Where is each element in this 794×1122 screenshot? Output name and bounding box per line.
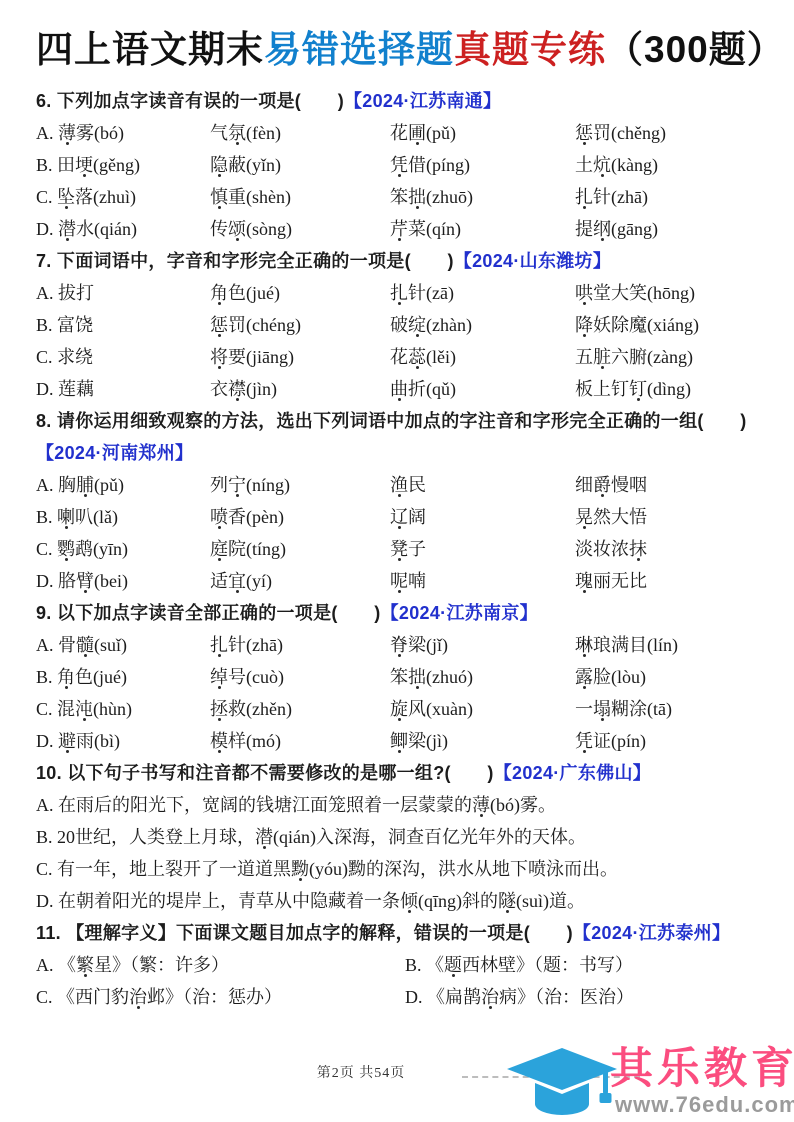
dotted-char: 倾 bbox=[400, 891, 418, 911]
option-cell: 花蕊(lěi) bbox=[390, 341, 575, 373]
footer-page-number: 第2页 共54页 bbox=[286, 1062, 436, 1082]
option-line: C. 有一年，地上裂开了一道道黑黝(yóu)黝的深沟，洪水从地下喷泳而出。 bbox=[36, 853, 758, 885]
option-row: D. 潜水(qián)传颂(sòng)芹菜(qín)提纲(gāng) bbox=[36, 213, 758, 245]
option-cell: 细爵慢咽 bbox=[575, 469, 758, 501]
question-block: 11. 【理解字义】下面课文题目加点字的解释，错误的一项是( )【2024·江苏… bbox=[36, 917, 758, 1013]
option-row: A. 《繁星》（繁：许多）B. 《题西林壁》（题：书写） bbox=[36, 949, 758, 981]
title-segment: 四上语文期末 bbox=[36, 29, 264, 70]
option-cell: 凳子 bbox=[390, 533, 575, 565]
option-cell: 花圃(pǔ) bbox=[390, 117, 575, 149]
dotted-char: 绽 bbox=[408, 315, 426, 335]
dotted-char: 降 bbox=[575, 315, 593, 335]
dotted-char: 绰 bbox=[210, 667, 228, 687]
question-source: 【2024·河南郑州】 bbox=[36, 443, 193, 463]
option-cell: 脊梁(jǐ) bbox=[390, 629, 575, 661]
dotted-char: 呢 bbox=[390, 571, 408, 591]
title-segment: （300题） bbox=[606, 29, 785, 70]
option-cell: A. 骨髓(suǐ) bbox=[36, 629, 210, 661]
dotted-char: 髓 bbox=[76, 635, 94, 655]
dotted-char: 宜 bbox=[228, 571, 246, 591]
option-cell: B. 喇叭(lǎ) bbox=[36, 501, 210, 533]
option-row: C. 《西门豹治邺》（治：惩办）D. 《扁鹊治病》（治：医治） bbox=[36, 981, 758, 1013]
question-stem: 10. 以下句子书写和注音都不需要修改的是哪一组?( ) bbox=[36, 763, 494, 783]
option-cell: 传颂(sòng) bbox=[210, 213, 390, 245]
option-cell: 哄堂大笑(hōng) bbox=[575, 277, 758, 309]
question-heading: 6. 下列加点字读音有误的一项是( )【2024·江苏南通】 bbox=[36, 85, 758, 117]
dotted-char: 治 bbox=[129, 987, 147, 1007]
option-cell: D. 避雨(bì) bbox=[36, 725, 210, 757]
option-cell: D. 《扁鹊治病》（治：医治） bbox=[405, 981, 758, 1013]
question-source: 【2024·江苏南通】 bbox=[344, 91, 501, 111]
dotted-char: 拙 bbox=[408, 187, 426, 207]
option-row: A. 拔打角色(jué)扎针(zā)哄堂大笑(hōng) bbox=[36, 277, 758, 309]
option-row: B. 喇叭(lǎ)喷香(pèn)辽阔晃然大悟 bbox=[36, 501, 758, 533]
option-cell: 辽阔 bbox=[390, 501, 575, 533]
dotted-char: 治 bbox=[481, 987, 499, 1007]
dotted-char: 辽 bbox=[390, 507, 408, 527]
dotted-char: 脏 bbox=[593, 347, 611, 367]
option-cell: 适宜(yí) bbox=[210, 565, 390, 597]
option-cell: 衣襟(jìn) bbox=[210, 373, 390, 405]
option-cell: 土炕(kàng) bbox=[575, 149, 758, 181]
question-stem: 11. 【理解字义】下面课文题目加点字的解释，错误的一项是( ) bbox=[36, 923, 573, 943]
question-source: 【2024·广东佛山】 bbox=[494, 763, 651, 783]
dotted-char: 黝 bbox=[291, 859, 309, 879]
option-cell: 气氛(fèn) bbox=[210, 117, 390, 149]
title-segment: 真题专练 bbox=[454, 29, 606, 70]
document-page: 四上语文期末易错选择题真题专练（300题） 6. 下列加点字读音有误的一项是( … bbox=[0, 0, 794, 1013]
option-cell: C. 混沌(hùn) bbox=[36, 693, 210, 725]
graduation-cap-icon bbox=[503, 1046, 621, 1122]
dotted-char: 芹 bbox=[390, 219, 408, 239]
option-cell: B. 《题西林壁》（题：书写） bbox=[405, 949, 758, 981]
dotted-char: 脯 bbox=[76, 475, 94, 495]
question-stem: 7. 下面词语中，字音和字形完全正确的一项是( ) bbox=[36, 251, 454, 271]
question-stem: 9. 以下加点字读音全部正确的一项是( ) bbox=[36, 603, 381, 623]
option-row: A. 薄雾(bó)气氛(fèn)花圃(pǔ)惩罚(chěng) bbox=[36, 117, 758, 149]
dotted-char: 氛 bbox=[228, 123, 246, 143]
dotted-char: 渔 bbox=[390, 475, 408, 495]
option-cell: 扎针(zā) bbox=[390, 277, 575, 309]
dotted-char: 繁 bbox=[76, 955, 94, 975]
option-cell: 板上钉钉(dìng) bbox=[575, 373, 758, 405]
option-cell: 将要(jiāng) bbox=[210, 341, 390, 373]
dotted-char: 扎 bbox=[390, 283, 408, 303]
option-cell: 庭院(tíng) bbox=[210, 533, 390, 565]
question-heading: 11. 【理解字义】下面课文题目加点字的解释，错误的一项是( )【2024·江苏… bbox=[36, 917, 758, 949]
dotted-char: 圃 bbox=[408, 123, 426, 143]
option-row: B. 富饶惩罚(chéng)破绽(zhàn)降妖除魔(xiáng) bbox=[36, 309, 758, 341]
option-line: B. 20世纪，人类登上月球，潜(qián)入深海，洞查百亿光年外的天体。 bbox=[36, 821, 758, 853]
dotted-char: 薄 bbox=[58, 123, 76, 143]
dotted-char: 鲫 bbox=[390, 731, 408, 751]
option-line: D. 在朝着阳光的堤岸上，青草从中隐藏着一条倾(qīng)斜的隧(suì)道。 bbox=[36, 885, 758, 917]
question-block: 10. 以下句子书写和注音都不需要修改的是哪一组?( )【2024·广东佛山】A… bbox=[36, 757, 758, 917]
dotted-char: 凳 bbox=[390, 539, 408, 559]
option-row: B. 田埂(gěng)隐蔽(yǐn)凭借(píng)土炕(kàng) bbox=[36, 149, 758, 181]
dotted-char: 琳 bbox=[575, 635, 593, 655]
dotted-char: 将 bbox=[210, 347, 228, 367]
dotted-char: 喇 bbox=[57, 507, 75, 527]
dotted-char: 避 bbox=[58, 731, 76, 751]
option-cell: A. 《繁星》（繁：许多） bbox=[36, 949, 405, 981]
dotted-char: 庭 bbox=[210, 539, 228, 559]
option-cell: 芹菜(qín) bbox=[390, 213, 575, 245]
option-cell: 鲫梁(jì) bbox=[390, 725, 575, 757]
option-cell: 旋风(xuàn) bbox=[390, 693, 575, 725]
dotted-char: 曲 bbox=[390, 379, 408, 399]
option-cell: 模样(mó) bbox=[210, 725, 390, 757]
option-row: A. 胸脯(pǔ)列宁(níng)渔民细爵慢咽 bbox=[36, 469, 758, 501]
dotted-char: 蕊 bbox=[408, 347, 426, 367]
option-row: B. 角色(jué)绰号(cuò)笨拙(zhuó)露脸(lòu) bbox=[36, 661, 758, 693]
dotted-char: 凭 bbox=[390, 155, 408, 175]
dotted-char: 扎 bbox=[575, 187, 593, 207]
option-cell: B. 田埂(gěng) bbox=[36, 149, 210, 181]
dotted-char: 钉 bbox=[629, 379, 647, 399]
dotted-char: 哄 bbox=[575, 283, 593, 303]
option-cell: 凭借(píng) bbox=[390, 149, 575, 181]
question-source: 【2024·山东潍坊】 bbox=[454, 251, 611, 271]
option-line: A. 在雨后的阳光下，宽阔的钱塘江面笼照着一层蒙蒙的薄(bó)雾。 bbox=[36, 789, 758, 821]
dotted-char: 角 bbox=[57, 667, 75, 687]
dotted-char: 爵 bbox=[593, 475, 611, 495]
option-cell: A. 拔打 bbox=[36, 277, 210, 309]
option-cell: 惩罚(chěng) bbox=[575, 117, 758, 149]
option-cell: 拯救(zhěn) bbox=[210, 693, 390, 725]
option-row: A. 骨髓(suǐ)扎针(zhā)脊梁(jǐ)琳琅满目(lín) bbox=[36, 629, 758, 661]
option-cell: 破绽(zhàn) bbox=[390, 309, 575, 341]
dotted-char: 晃 bbox=[575, 507, 593, 527]
option-cell: 晃然大悟 bbox=[575, 501, 758, 533]
option-cell: 慎重(shèn) bbox=[210, 181, 390, 213]
dotted-char: 鹦 bbox=[57, 539, 75, 559]
dotted-char: 坠 bbox=[57, 187, 75, 207]
option-row: C. 坠落(zhuì)慎重(shèn)笨拙(zhuō)扎针(zhā) bbox=[36, 181, 758, 213]
option-cell: 五脏六腑(zàng) bbox=[575, 341, 758, 373]
option-cell: D. 胳臂(bei) bbox=[36, 565, 210, 597]
dotted-char: 沌 bbox=[75, 699, 93, 719]
dotted-char: 炕 bbox=[593, 155, 611, 175]
question-source: 【2024·江苏泰州】 bbox=[573, 923, 730, 943]
dotted-char: 扎 bbox=[210, 635, 228, 655]
option-cell: D. 潜水(qián) bbox=[36, 213, 210, 245]
dotted-char: 潜 bbox=[255, 827, 273, 847]
option-cell: 隐蔽(yǐn) bbox=[210, 149, 390, 181]
dotted-char: 宁 bbox=[228, 475, 246, 495]
dotted-char: 襟 bbox=[228, 379, 246, 399]
option-row: C. 鹦鹉(yīn)庭院(tíng)凳子淡妆浓抹 bbox=[36, 533, 758, 565]
brand-url: www.76edu.com bbox=[615, 1092, 794, 1118]
question-heading: 9. 以下加点字读音全部正确的一项是( )【2024·江苏南京】 bbox=[36, 597, 758, 629]
option-cell: C. 《西门豹治邺》（治：惩办） bbox=[36, 981, 405, 1013]
title-segment: 易错选择题 bbox=[264, 29, 454, 70]
question-block: 9. 以下加点字读音全部正确的一项是( )【2024·江苏南京】A. 骨髓(su… bbox=[36, 597, 758, 757]
option-row: D. 胳臂(bei)适宜(yí)呢喃瑰丽无比 bbox=[36, 565, 758, 597]
question-block: 7. 下面词语中，字音和字形完全正确的一项是( )【2024·山东潍坊】A. 拔… bbox=[36, 245, 758, 405]
option-cell: 扎针(zhā) bbox=[210, 629, 390, 661]
option-cell: B. 富饶 bbox=[36, 309, 210, 341]
option-cell: 笨拙(zhuó) bbox=[390, 661, 575, 693]
option-row: D. 莲藕衣襟(jìn)曲折(qǔ)板上钉钉(dìng) bbox=[36, 373, 758, 405]
dotted-char: 旋 bbox=[390, 699, 408, 719]
option-cell: 角色(jué) bbox=[210, 277, 390, 309]
question-block: 6. 下列加点字读音有误的一项是( )【2024·江苏南通】A. 薄雾(bó)气… bbox=[36, 85, 758, 245]
questions: 6. 下列加点字读音有误的一项是( )【2024·江苏南通】A. 薄雾(bó)气… bbox=[36, 85, 758, 1013]
option-cell: 一塌糊涂(tā) bbox=[575, 693, 758, 725]
question-heading: 7. 下面词语中，字音和字形完全正确的一项是( )【2024·山东潍坊】 bbox=[36, 245, 758, 277]
dotted-char: 露 bbox=[575, 667, 593, 687]
dotted-char: 埂 bbox=[75, 155, 93, 175]
option-cell: 琳琅满目(lín) bbox=[575, 629, 758, 661]
dotted-char: 潜 bbox=[58, 219, 76, 239]
option-row: D. 避雨(bì)模样(mó)鲫梁(jì)凭证(pín) bbox=[36, 725, 758, 757]
option-cell: A. 胸脯(pǔ) bbox=[36, 469, 210, 501]
option-row: C. 求绕将要(jiāng)花蕊(lěi)五脏六腑(zàng) bbox=[36, 341, 758, 373]
brand-name: 其乐教育 bbox=[610, 1046, 794, 1092]
option-cell: C. 坠落(zhuì) bbox=[36, 181, 210, 213]
dotted-char: 慎 bbox=[210, 187, 228, 207]
option-cell: 绰号(cuò) bbox=[210, 661, 390, 693]
dotted-char: 惩 bbox=[210, 315, 228, 335]
question-heading: 8. 请你运用细致观察的方法，选出下列词语中加点的字注音和字形完全正确的一组( … bbox=[36, 405, 758, 469]
option-cell: 笨拙(zhuō) bbox=[390, 181, 575, 213]
dotted-char: 抹 bbox=[629, 539, 647, 559]
option-cell: A. 薄雾(bó) bbox=[36, 117, 210, 149]
dotted-char: 纲 bbox=[593, 219, 611, 239]
dotted-char: 臂 bbox=[76, 571, 94, 591]
option-row: C. 混沌(hùn)拯救(zhěn)旋风(xuàn)一塌糊涂(tā) bbox=[36, 693, 758, 725]
option-cell: 淡妆浓抹 bbox=[575, 533, 758, 565]
dotted-char: 拯 bbox=[210, 699, 228, 719]
dotted-char: 颂 bbox=[228, 219, 246, 239]
dotted-char: 模 bbox=[210, 731, 228, 751]
option-cell: 列宁(níng) bbox=[210, 469, 390, 501]
dotted-char: 凭 bbox=[575, 731, 593, 751]
option-cell: 喷香(pèn) bbox=[210, 501, 390, 533]
dotted-char: 角 bbox=[210, 283, 228, 303]
option-cell: 凭证(pín) bbox=[575, 725, 758, 757]
dotted-char: 喷 bbox=[210, 507, 228, 527]
question-heading: 10. 以下句子书写和注音都不需要修改的是哪一组?( )【2024·广东佛山】 bbox=[36, 757, 758, 789]
dotted-char: 惩 bbox=[575, 123, 593, 143]
option-cell: 惩罚(chéng) bbox=[210, 309, 390, 341]
option-cell: 降妖除魔(xiáng) bbox=[575, 309, 758, 341]
question-block: 8. 请你运用细致观察的方法，选出下列词语中加点的字注音和字形完全正确的一组( … bbox=[36, 405, 758, 597]
dotted-char: 题 bbox=[444, 955, 462, 975]
option-cell: D. 莲藕 bbox=[36, 373, 210, 405]
dotted-char: 拙 bbox=[408, 667, 426, 687]
dotted-char: 薄 bbox=[472, 795, 490, 815]
option-cell: 瑰丽无比 bbox=[575, 565, 758, 597]
question-stem: 8. 请你运用细致观察的方法，选出下列词语中加点的字注音和字形完全正确的一组( … bbox=[36, 411, 747, 431]
dotted-char: 瑰 bbox=[575, 571, 593, 591]
dotted-char: 脊 bbox=[390, 635, 408, 655]
dotted-char: 塌 bbox=[593, 699, 611, 719]
option-cell: 提纲(gāng) bbox=[575, 213, 758, 245]
page-title: 四上语文期末易错选择题真题专练（300题） bbox=[36, 24, 758, 76]
option-cell: 扎针(zhā) bbox=[575, 181, 758, 213]
option-cell: 曲折(qǔ) bbox=[390, 373, 575, 405]
option-cell: C. 求绕 bbox=[36, 341, 210, 373]
dotted-char: 隧 bbox=[498, 891, 516, 911]
option-cell: 露脸(lòu) bbox=[575, 661, 758, 693]
option-cell: B. 角色(jué) bbox=[36, 661, 210, 693]
question-source: 【2024·江苏南京】 bbox=[381, 603, 538, 623]
option-cell: C. 鹦鹉(yīn) bbox=[36, 533, 210, 565]
dotted-char: 隐 bbox=[210, 155, 228, 175]
option-cell: 呢喃 bbox=[390, 565, 575, 597]
option-cell: 渔民 bbox=[390, 469, 575, 501]
question-stem: 6. 下列加点字读音有误的一项是( ) bbox=[36, 91, 344, 111]
